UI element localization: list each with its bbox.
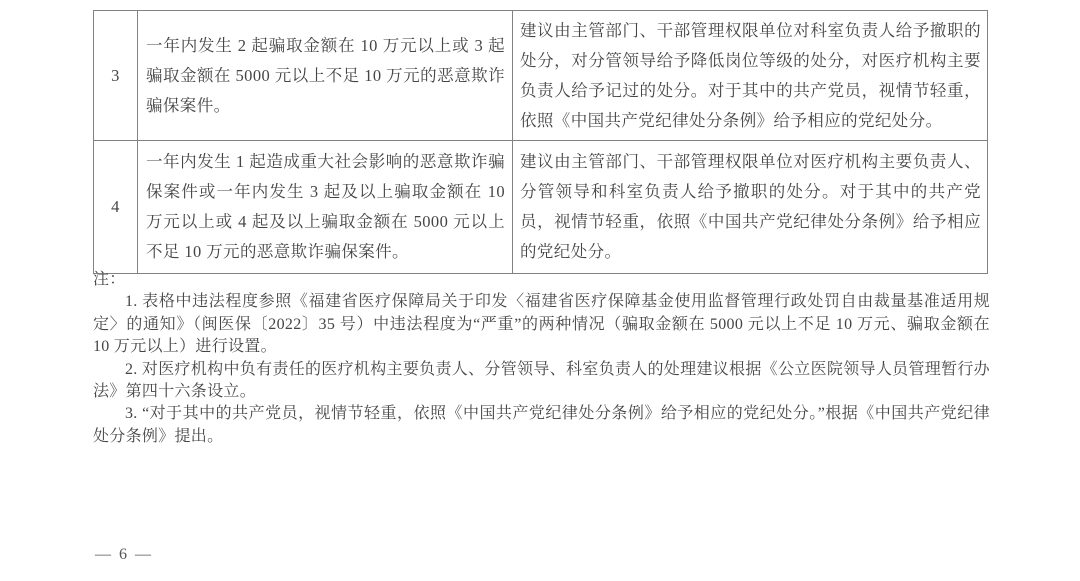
penalty-table: 3 一年内发生 2 起骗取金额在 10 万元以上或 3 起骗取金额在 5000 …	[93, 10, 988, 274]
row-number-cell: 4	[94, 141, 138, 274]
row-number-cell: 3	[94, 11, 138, 141]
note-item-1: 1. 表格中违法程度参照《福建省医疗保障局关于印发〈福建省医疗保障基金使用监督管…	[93, 291, 990, 358]
penalty-suggestion-cell: 建议由主管部门、干部管理权限单位对科室负责人给予撤职的处分，对分管领导给予降低岗…	[513, 11, 988, 141]
table-row: 3 一年内发生 2 起骗取金额在 10 万元以上或 3 起骗取金额在 5000 …	[94, 11, 988, 141]
table-row: 4 一年内发生 1 起造成重大社会影响的恶意欺诈骗保案件或一年内发生 3 起及以…	[94, 141, 988, 274]
violation-description-cell: 一年内发生 1 起造成重大社会影响的恶意欺诈骗保案件或一年内发生 3 起及以上骗…	[138, 141, 513, 274]
note-item-2: 2. 对医疗机构中负有责任的医疗机构主要负责人、分管领导、科室负责人的处理建议根…	[93, 359, 990, 404]
notes-label: 注：	[93, 269, 990, 291]
note-item-3: 3. “对于其中的共产党员，视情节轻重，依照《中国共产党纪律处分条例》给予相应的…	[93, 403, 990, 448]
notes-section: 注： 1. 表格中违法程度参照《福建省医疗保障局关于印发〈福建省医疗保障基金使用…	[93, 269, 990, 448]
penalty-suggestion-cell: 建议由主管部门、干部管理权限单位对医疗机构主要负责人、分管领导和科室负责人给予撤…	[513, 141, 988, 274]
document-page: 3 一年内发生 2 起骗取金额在 10 万元以上或 3 起骗取金额在 5000 …	[0, 0, 1080, 581]
page-number: — 6 —	[95, 546, 153, 564]
violation-description-cell: 一年内发生 2 起骗取金额在 10 万元以上或 3 起骗取金额在 5000 元以…	[138, 11, 513, 141]
